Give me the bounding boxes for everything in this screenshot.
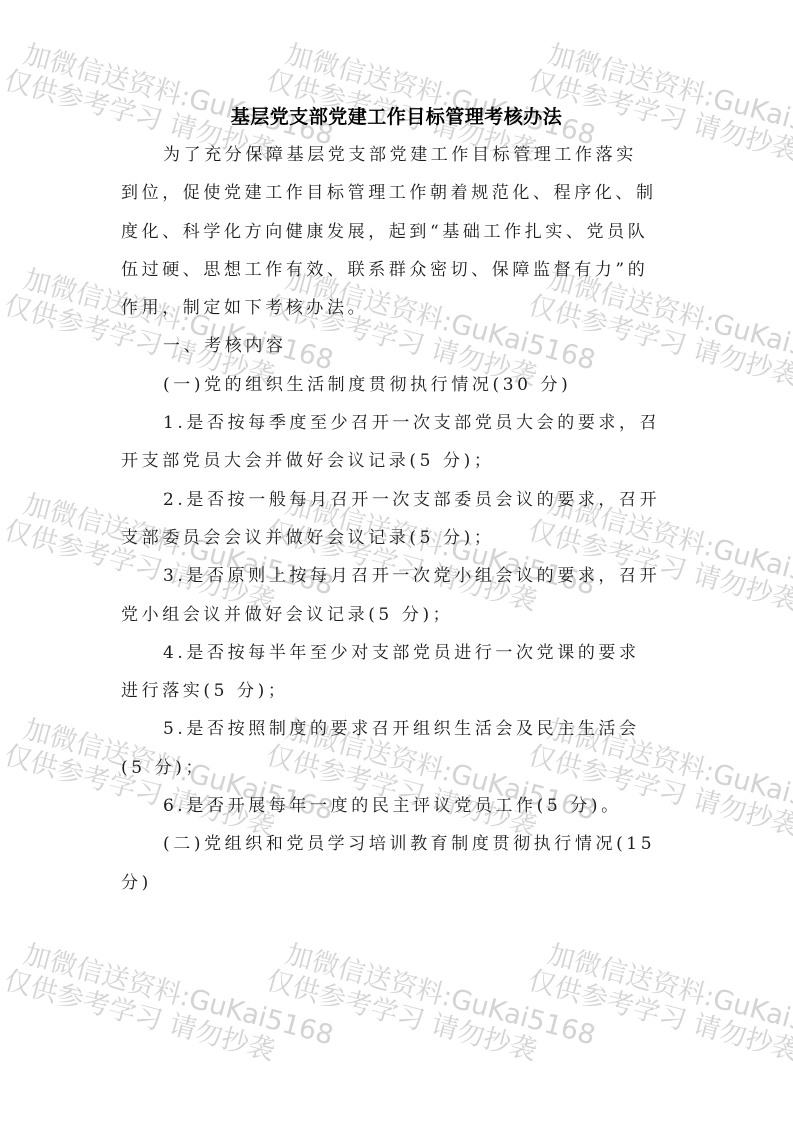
watermark-line-2: 仅供参考学习 请勿抄袭 xyxy=(525,966,793,1081)
watermark-text: 加微信送资料:GuKai5168仅供参考学习 请勿抄袭 xyxy=(274,940,598,1081)
watermark-line-1: 加微信送资料:GuKai5168 xyxy=(20,40,336,152)
watermark-line-1: 加微信送资料:GuKai5168 xyxy=(282,40,598,152)
list-item-line: (5 分)； xyxy=(121,749,677,787)
section-heading: 一、考核内容 xyxy=(121,327,677,365)
list-item-line: 1.是否按每季度至少召开一次支部党员大会的要求，召 xyxy=(121,404,677,442)
watermark-line-2: 仅供参考学习 请勿抄袭 xyxy=(1,966,329,1081)
watermark-line-1: 加微信送资料:GuKai5168 xyxy=(282,940,598,1052)
list-item-line: 党小组会议并做好会议记录(5 分)； xyxy=(121,596,677,634)
list-item-line: 6.是否开展每年一度的民主评议党员工作(5 分)。 xyxy=(121,787,677,825)
list-item-line: 2.是否按一般每月召开一次支部委员会议的要求，召开 xyxy=(121,481,677,519)
watermark-line-1: 加微信送资料:GuKai5168 xyxy=(20,940,336,1052)
watermark-line-2: 仅供参考学习 请勿抄袭 xyxy=(263,966,591,1081)
subsection-heading: (二)党组织和党员学习培训教育制度贯彻执行情况(15 xyxy=(121,825,677,863)
watermark-line-1: 加微信送资料:GuKai5168 xyxy=(544,40,793,152)
watermark-line-1: 加微信送资料:GuKai5168 xyxy=(544,940,793,1052)
document-title: 基层党支部党建工作目标管理考核办法 xyxy=(0,102,793,129)
watermark-text: 加微信送资料:GuKai5168仅供参考学习 请勿抄袭 xyxy=(12,940,336,1081)
paragraph-line: 到位，促使党建工作目标管理工作朝着规范化、程序化、制 xyxy=(121,174,677,212)
list-item-line: 5.是否按照制度的要求召开组织生活会及民主生活会 xyxy=(121,710,677,748)
paragraph-line: 伍过硬、思想工作有效、联系群众密切、保障监督有力”的 xyxy=(121,251,677,289)
subsection-heading: 分) xyxy=(121,864,677,902)
list-item-line: 开支部党员大会并做好会议记录(5 分)； xyxy=(121,442,677,480)
list-item-line: 支部委员会会议并做好会议记录(5 分)； xyxy=(121,519,677,557)
paragraph-line: 为了充分保障基层党支部党建工作目标管理工作落实 xyxy=(121,136,677,174)
document-body: 为了充分保障基层党支部党建工作目标管理工作落实 到位，促使党建工作目标管理工作朝… xyxy=(121,136,677,902)
subsection-heading: (一)党的组织生活制度贯彻执行情况(30 分) xyxy=(121,366,677,404)
watermark-text: 加微信送资料:GuKai5168仅供参考学习 请勿抄袭 xyxy=(536,940,793,1081)
list-item-line: 进行落实(5 分)； xyxy=(121,672,677,710)
paragraph-line: 作用，制定如下考核办法。 xyxy=(121,289,677,327)
paragraph-line: 度化、科学化方向健康发展，起到“基础工作扎实、党员队 xyxy=(121,213,677,251)
list-item-line: 4.是否按每半年至少对支部党员进行一次党课的要求 xyxy=(121,634,677,672)
list-item-line: 3.是否原则上按每月召开一次党小组会议的要求，召开 xyxy=(121,557,677,595)
document-page: 加微信送资料:GuKai5168仅供参考学习 请勿抄袭加微信送资料:GuKai5… xyxy=(0,0,793,1122)
